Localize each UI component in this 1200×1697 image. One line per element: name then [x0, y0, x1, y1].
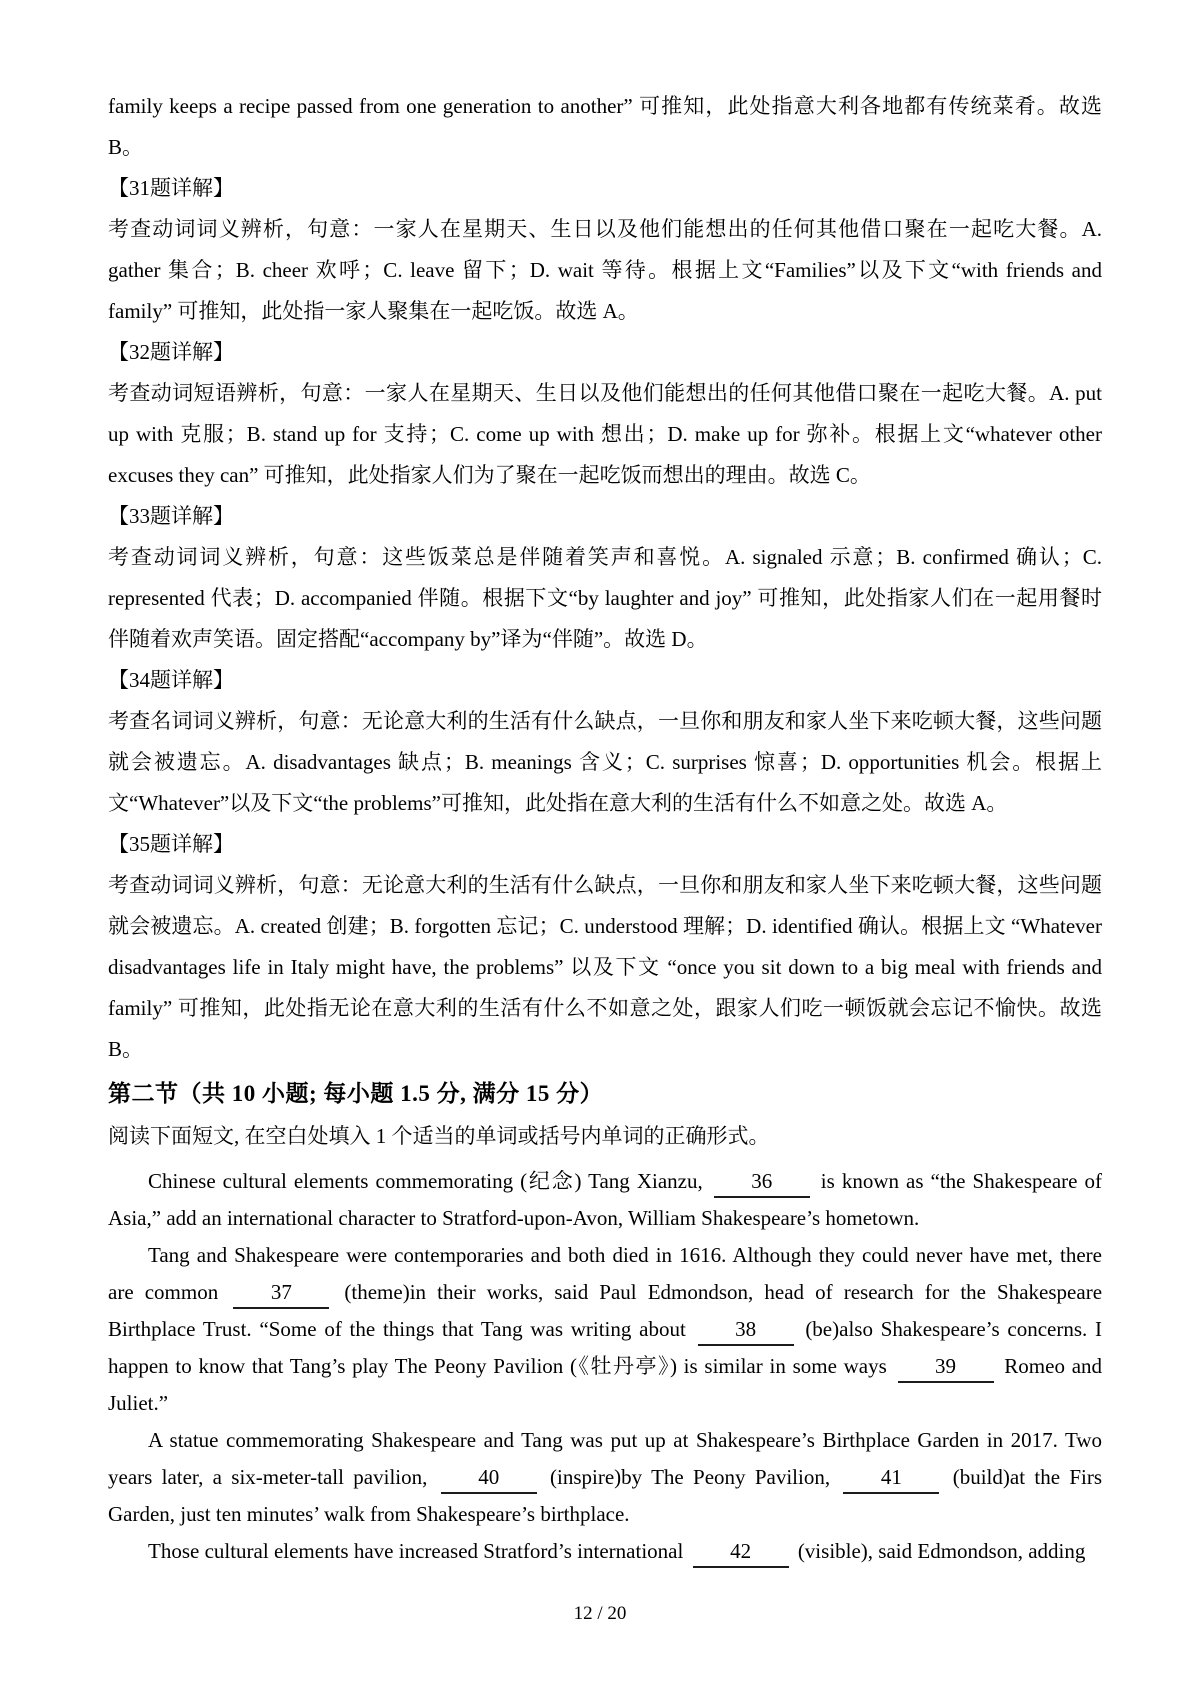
page-number: 12 / 20: [0, 1602, 1200, 1626]
explanation-heading-35: 【35题详解】: [108, 824, 1102, 865]
blank-36: 36: [714, 1169, 810, 1198]
section-2-instruction: 阅读下面短文, 在空白处填入 1 个适当的单词或括号内单词的正确形式。: [108, 1116, 1102, 1157]
explanation-body-32: 考查动词短语辨析，句意：一家人在星期天、生日以及他们能想出的任何其他借口聚在一起…: [108, 373, 1102, 496]
blank-40: 40: [441, 1465, 537, 1494]
cloze-text-segment: Chinese cultural elements commemorating …: [148, 1169, 703, 1193]
cloze-text-segment: (visible), said Edmondson, adding: [798, 1539, 1086, 1563]
paragraph-continuation: family keeps a recipe passed from one ge…: [108, 86, 1102, 168]
document-page: family keeps a recipe passed from one ge…: [0, 0, 1200, 1697]
explanation-heading-33: 【33题详解】: [108, 496, 1102, 537]
section-2-heading: 第二节（共 10 小题; 每小题 1.5 分, 满分 15 分）: [108, 1072, 1102, 1116]
blank-41: 41: [843, 1465, 939, 1494]
cloze-paragraph-2: Tang and Shakespeare were contemporaries…: [108, 1237, 1102, 1422]
explanation-heading-31: 【31题详解】: [108, 168, 1102, 209]
blank-39: 39: [898, 1354, 994, 1383]
cloze-text-segment: (inspire)by The Peony Pavilion,: [550, 1465, 830, 1489]
cloze-text-segment: Those cultural elements have increased S…: [148, 1539, 683, 1563]
explanation-body-33: 考查动词词义辨析，句意：这些饭菜总是伴随着笑声和喜悦。A. signaled 示…: [108, 537, 1102, 660]
page-content: family keeps a recipe passed from one ge…: [108, 86, 1102, 1570]
blank-42: 42: [693, 1539, 789, 1568]
blank-38: 38: [698, 1317, 794, 1346]
cloze-paragraph-3: A statue commemorating Shakespeare and T…: [108, 1422, 1102, 1533]
explanation-body-31: 考查动词词义辨析，句意：一家人在星期天、生日以及他们能想出的任何其他借口聚在一起…: [108, 209, 1102, 332]
cloze-passage: Chinese cultural elements commemorating …: [108, 1163, 1102, 1570]
explanation-heading-32: 【32题详解】: [108, 332, 1102, 373]
answer-explanations-section: family keeps a recipe passed from one ge…: [108, 86, 1102, 1070]
blank-37: 37: [233, 1280, 329, 1309]
explanation-body-35: 考查动词词义辨析，句意：无论意大利的生活有什么缺点，一旦你和朋友和家人坐下来吃顿…: [108, 865, 1102, 1070]
cloze-paragraph-1: Chinese cultural elements commemorating …: [108, 1163, 1102, 1237]
cloze-paragraph-4: Those cultural elements have increased S…: [108, 1533, 1102, 1570]
explanation-heading-34: 【34题详解】: [108, 660, 1102, 701]
explanation-body-34: 考查名词词义辨析，句意：无论意大利的生活有什么缺点，一旦你和朋友和家人坐下来吃顿…: [108, 701, 1102, 824]
